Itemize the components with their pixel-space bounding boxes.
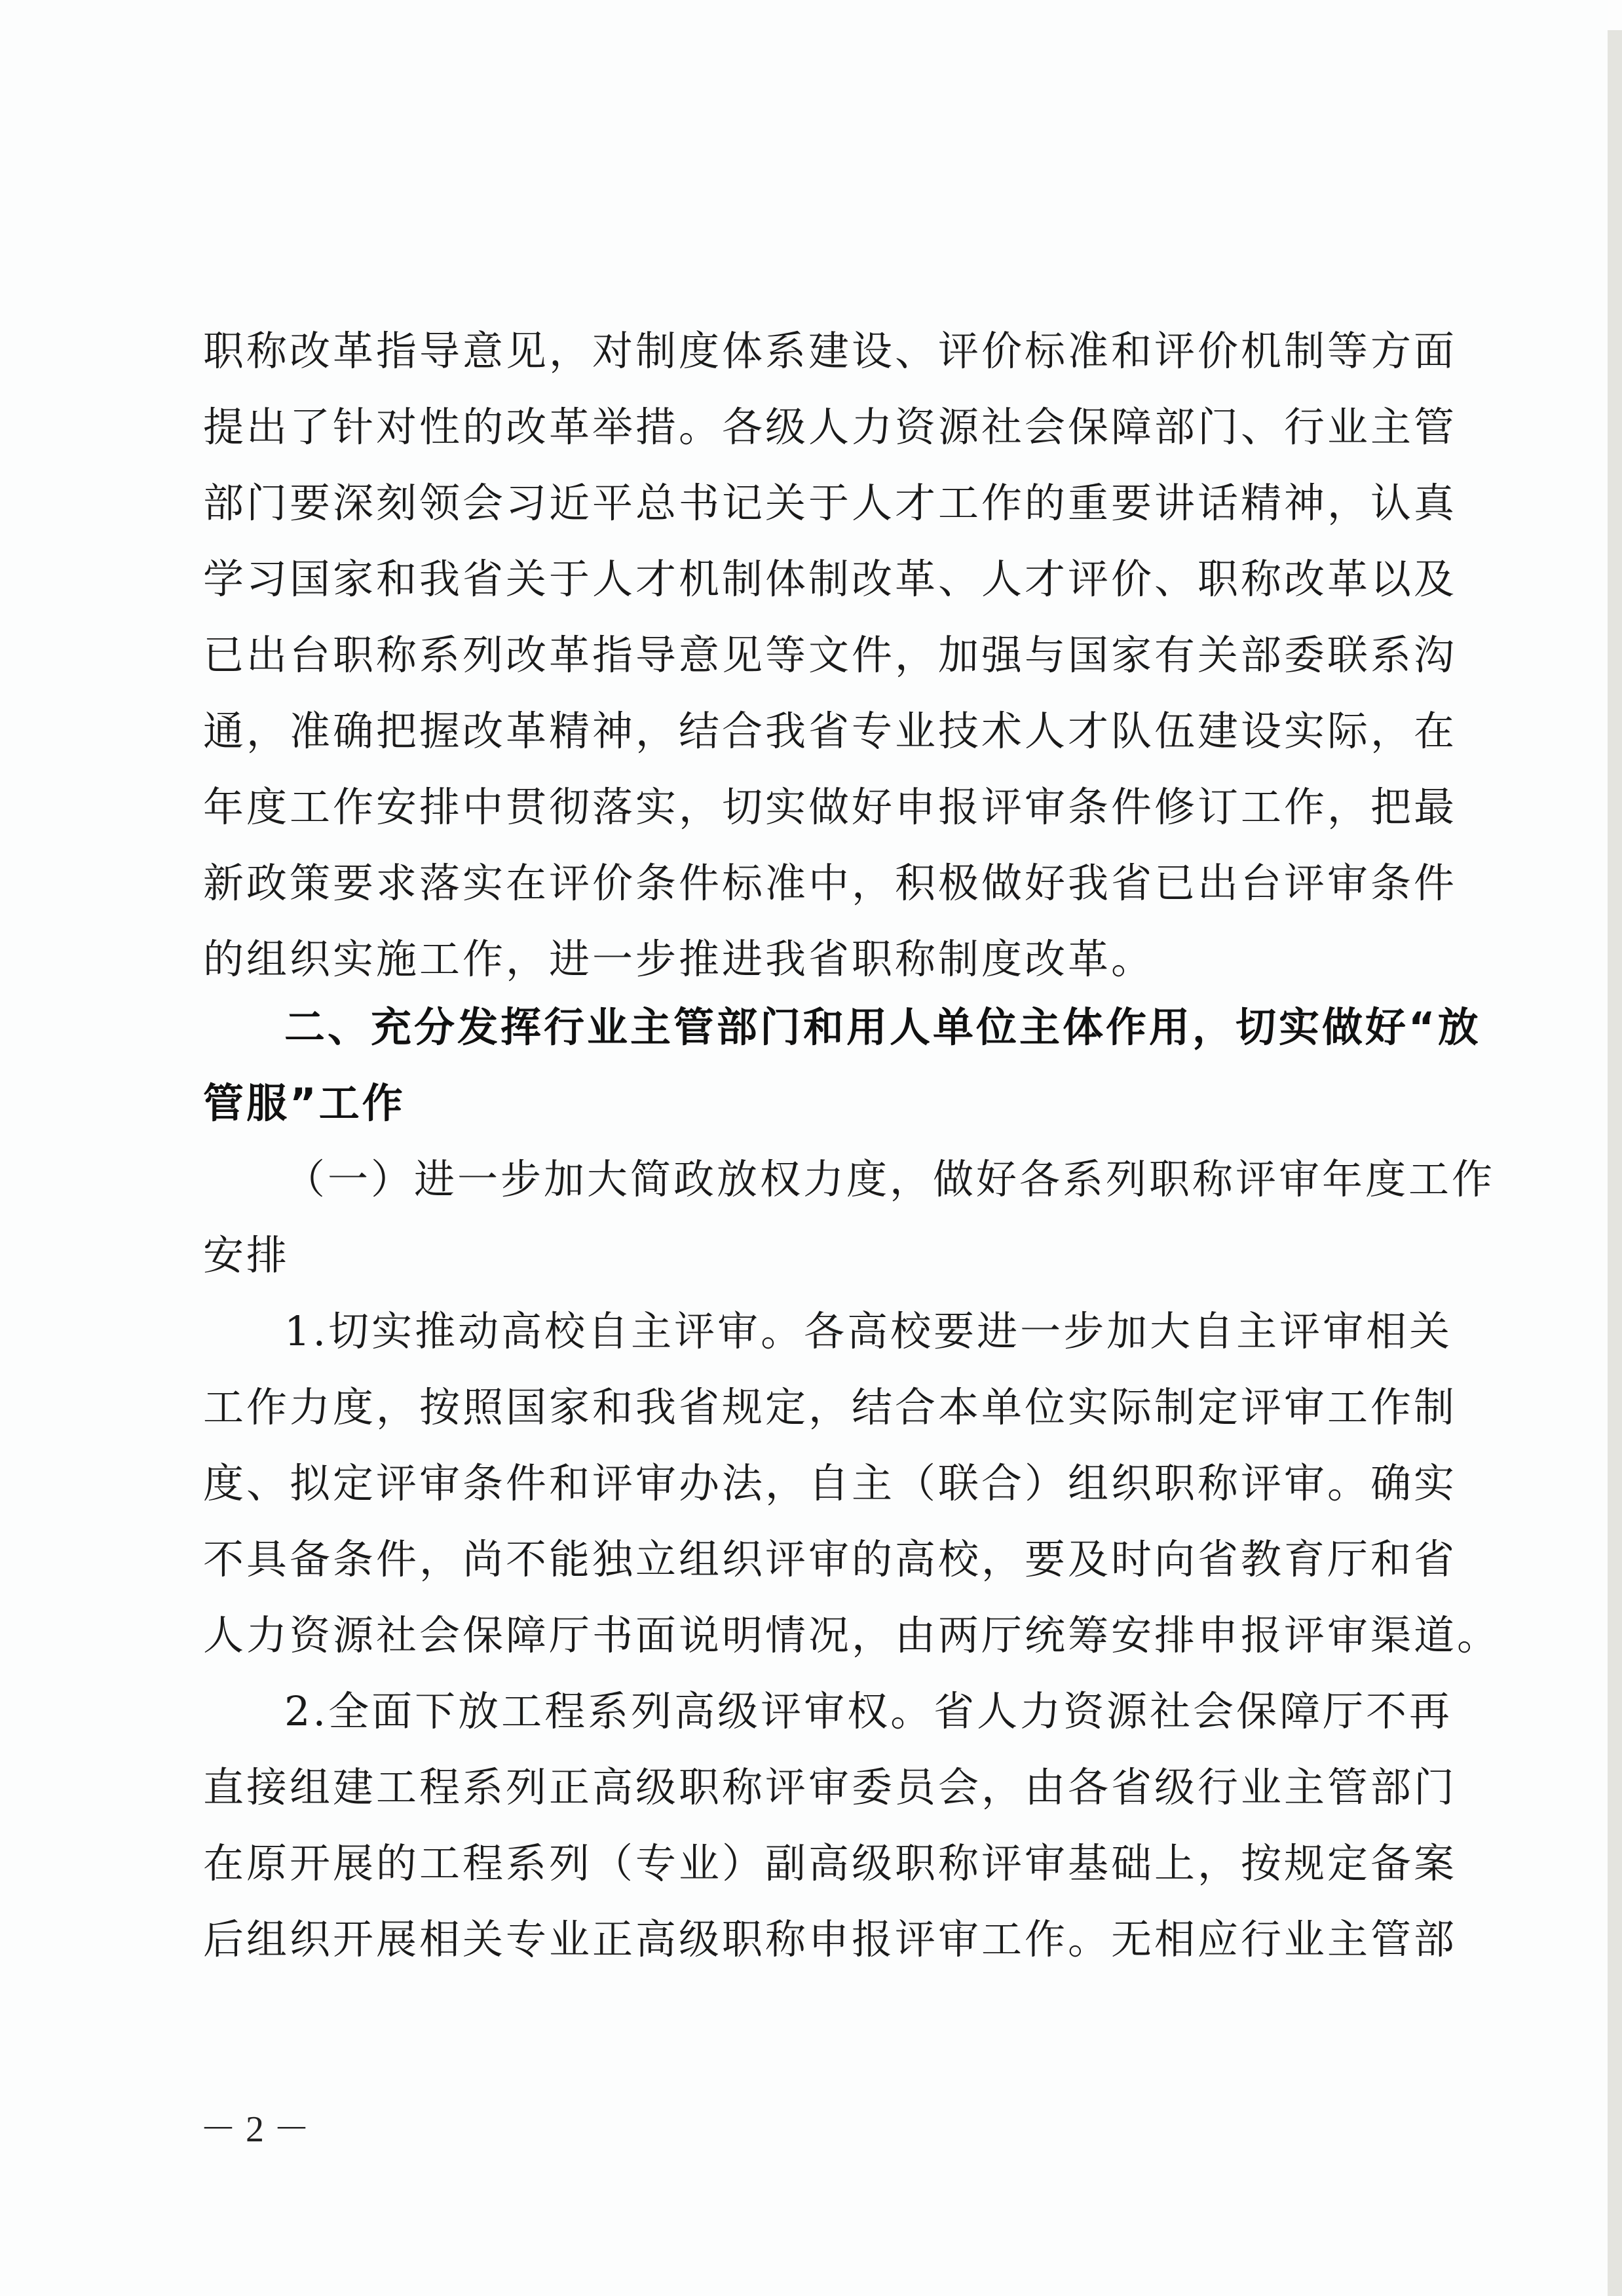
body-line: 的组织实施工作，进一步推进我省职称制度改革。 [203,921,1382,997]
body-line: 提出了针对性的改革举措。各级人力资源社会保障部门、行业主管 [203,389,1382,465]
body-line: 职称改革指导意见，对制度体系建设、评价标准和评价机制等方面 [203,313,1382,389]
item-1-line: 工作力度，按照国家和我省规定，结合本单位实际制定评审工作制 [203,1369,1382,1445]
section-heading: 二、充分发挥行业主管部门和用人单位主体作用，切实做好“放 [284,989,1382,1065]
subsection-heading: （一）进一步加大简政放权力度，做好各系列职称评审年度工作 [284,1141,1382,1217]
body-line: 年度工作安排中贯彻落实，切实做好申报评审条件修订工作，把最 [203,769,1382,845]
body-line: 已出台职称系列改革指导意见等文件，加强与国家有关部委联系沟 [203,617,1382,693]
section-heading-continuation: 管服”工作 [203,1065,1382,1141]
item-2-line: 直接组建工程系列正高级职称评审委员会，由各省级行业主管部门 [203,1750,1382,1826]
subsection-heading-continuation: 安排 [203,1217,1382,1293]
body-line: 学习国家和我省关于人才机制体制改革、人才评价、职称改革以及 [203,541,1382,617]
item-1-line: 度、拟定评审条件和评审办法，自主（联合）组织职称评审。确实 [203,1445,1382,1521]
body-line: 新政策要求落实在评价条件标准中，积极做好我省已出台评审条件 [203,845,1382,921]
item-1-line: 1.切实推动高校自主评审。各高校要进一步加大自主评审相关 [284,1293,1382,1369]
page-number: － 2 － [200,2107,310,2152]
body-line: 部门要深刻领会习近平总书记关于人才工作的重要讲话精神，认真 [203,465,1382,541]
item-1-line: 人力资源社会保障厅书面说明情况，由两厅统筹安排申报评审渠道。 [203,1598,1382,1674]
item-2-line: 2.全面下放工程系列高级评审权。省人力资源社会保障厅不再 [284,1674,1382,1750]
body-line: 通，准确把握改革精神，结合我省专业技术人才队伍建设实际，在 [203,693,1382,769]
scan-edge-strip [1608,30,1622,2296]
item-1-line: 不具备条件，尚不能独立组织评审的高校，要及时向省教育厅和省 [203,1521,1382,1598]
item-2-line: 后组织开展相关专业正高级职称申报评审工作。无相应行业主管部 [203,1902,1382,1978]
item-2-line: 在原开展的工程系列（专业）副高级职称评审基础上，按规定备案 [203,1826,1382,1902]
document-page: 职称改革指导意见，对制度体系建设、评价标准和评价机制等方面 提出了针对性的改革举… [0,0,1608,2296]
